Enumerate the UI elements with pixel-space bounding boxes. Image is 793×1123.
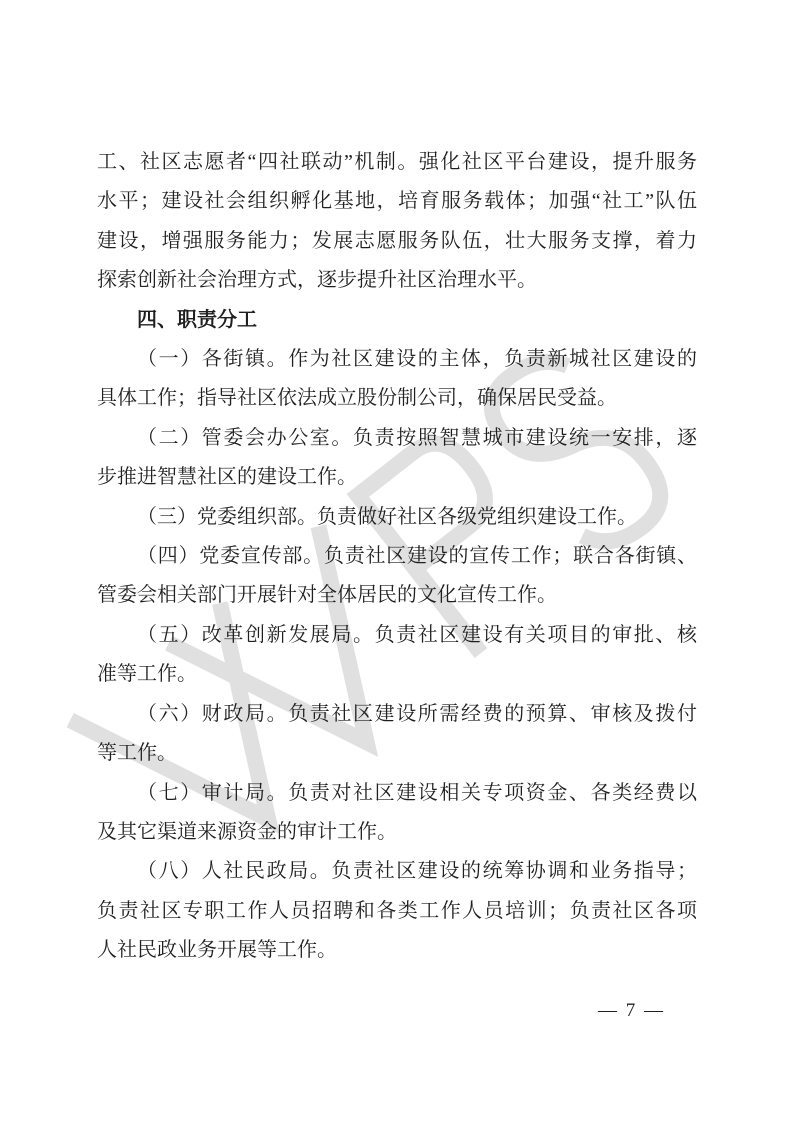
text-line: 探索创新社会治理方式，逐步提升社区治理水平。 xyxy=(97,261,697,300)
text-line: 水平；建设社会组织孵化基地，培育服务载体；加强“社工”队伍 xyxy=(97,182,697,221)
page-number: — 7 — xyxy=(598,1000,665,1022)
text-line: （六）财政局。负责社区建设所需经费的预算、审核及拨付 xyxy=(97,695,697,734)
text-line: 人社民政业务开展等工作。 xyxy=(97,931,697,970)
text-line: 步推进智慧社区的建设工作。 xyxy=(97,458,697,497)
text-line: 准等工作。 xyxy=(97,655,697,694)
text-line: 负责社区专职工作人员招聘和各类工作人员培训；负责社区各项 xyxy=(97,892,697,931)
text-line: （八）人社民政局。负责社区建设的统筹协调和业务指导； xyxy=(97,852,697,891)
text-line: 具体工作；指导社区依法成立股份制公司，确保居民受益。 xyxy=(97,379,697,418)
text-line: 及其它渠道来源资金的审计工作。 xyxy=(97,813,697,852)
text-line: （二）管委会办公室。负责按照智慧城市建设统一安排，逐 xyxy=(97,419,697,458)
text-line: （三）党委组织部。负责做好社区各级党组织建设工作。 xyxy=(97,498,697,537)
text-line: 等工作。 xyxy=(97,734,697,773)
scanned-document-page: 工、社区志愿者“四社联动”机制。强化社区平台建设，提升服务水平；建设社会组织孵化… xyxy=(0,0,793,1123)
text-line: （四）党委宣传部。负责社区建设的宣传工作；联合各街镇、 xyxy=(97,537,697,576)
text-line: （一）各街镇。作为社区建设的主体，负责新城社区建设的 xyxy=(97,340,697,379)
text-line: 管委会相关部门开展针对全体居民的文化宣传工作。 xyxy=(97,576,697,615)
text-line: （五）改革创新发展局。负责社区建设有关项目的审批、核 xyxy=(97,616,697,655)
text-line: （七）审计局。负责对社区建设相关专项资金、各类经费以 xyxy=(97,774,697,813)
text-line: 建设，增强服务能力；发展志愿服务队伍，壮大服务支撑，着力 xyxy=(97,222,697,261)
text-line: 工、社区志愿者“四社联动”机制。强化社区平台建设，提升服务 xyxy=(97,143,697,182)
document-body: 工、社区志愿者“四社联动”机制。强化社区平台建设，提升服务水平；建设社会组织孵化… xyxy=(97,143,697,971)
text-line: 四、职责分工 xyxy=(97,301,697,340)
